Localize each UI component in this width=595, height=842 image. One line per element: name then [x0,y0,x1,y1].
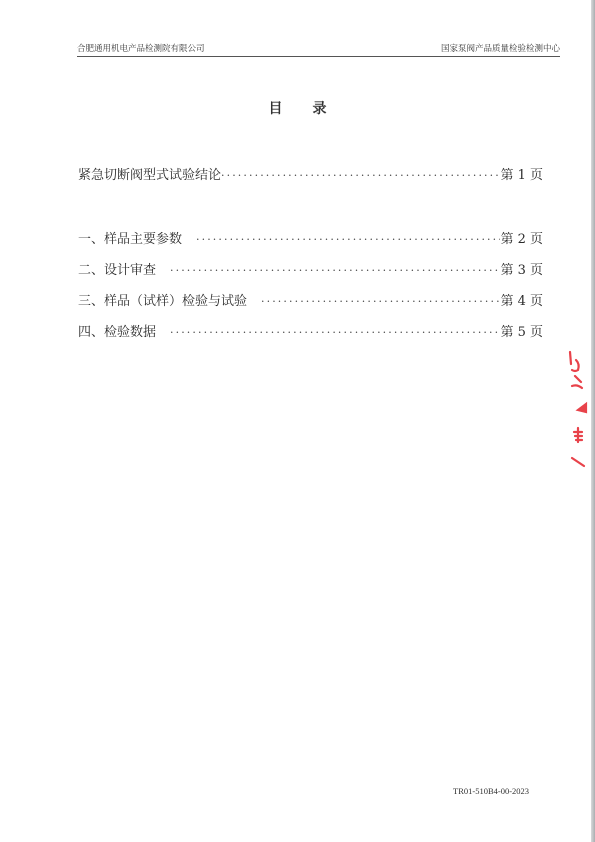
toc-label: 四、检验数据 [78,321,156,340]
red-seal-stamp-fragment [566,348,588,468]
toc-label: 二、设计审查 [78,259,156,278]
toc-page-number: 第 4 页 [500,290,543,309]
toc-entry-design-review[interactable]: 二、设计审查 ·································… [78,259,543,277]
toc-entry-sample-inspection[interactable]: 三、样品（试样）检验与试验 ··························… [78,290,543,308]
toc-entry-sample-parameters[interactable]: 一、样品主要参数 ·······························… [78,228,543,246]
toc-page-number: 第 2 页 [500,228,543,247]
toc-leader-dots: ········································… [170,264,500,277]
toc-entry-inspection-data[interactable]: 四、检验数据 ·································… [78,321,543,339]
title-char-2: 录 [313,98,327,118]
toc-leader-dots: ········································… [221,169,500,182]
toc-page-number: 第 3 页 [500,259,543,278]
toc-page-number: 第 5 页 [500,321,543,340]
header-organization: 合肥通用机电产品检测院有限公司 [77,42,205,54]
title-char-1: 目 [269,98,283,118]
header-center-name: 国家泵阀产品质量检验检测中心 [441,42,560,54]
toc-page-number: 第 1 页 [500,164,543,183]
toc-label: 紧急切断阀型式试验结论 [78,164,221,183]
toc-leader-dots: ········································… [261,295,500,308]
page-header: 合肥通用机电产品检测院有限公司 国家泵阀产品质量检验检测中心 [77,42,560,57]
toc-entry-conclusion[interactable]: 紧急切断阀型式试验结论 ····························… [78,164,543,182]
toc-leader-dots: ········································… [170,326,500,339]
toc-leader-dots: ········································… [196,233,500,246]
page-title: 目录 [0,98,595,118]
toc-label: 三、样品（试样）检验与试验 [78,290,247,309]
document-code: TR01-510B4-00-2023 [453,786,529,796]
scanned-page-edge [591,0,595,842]
toc-label: 一、样品主要参数 [78,228,182,247]
